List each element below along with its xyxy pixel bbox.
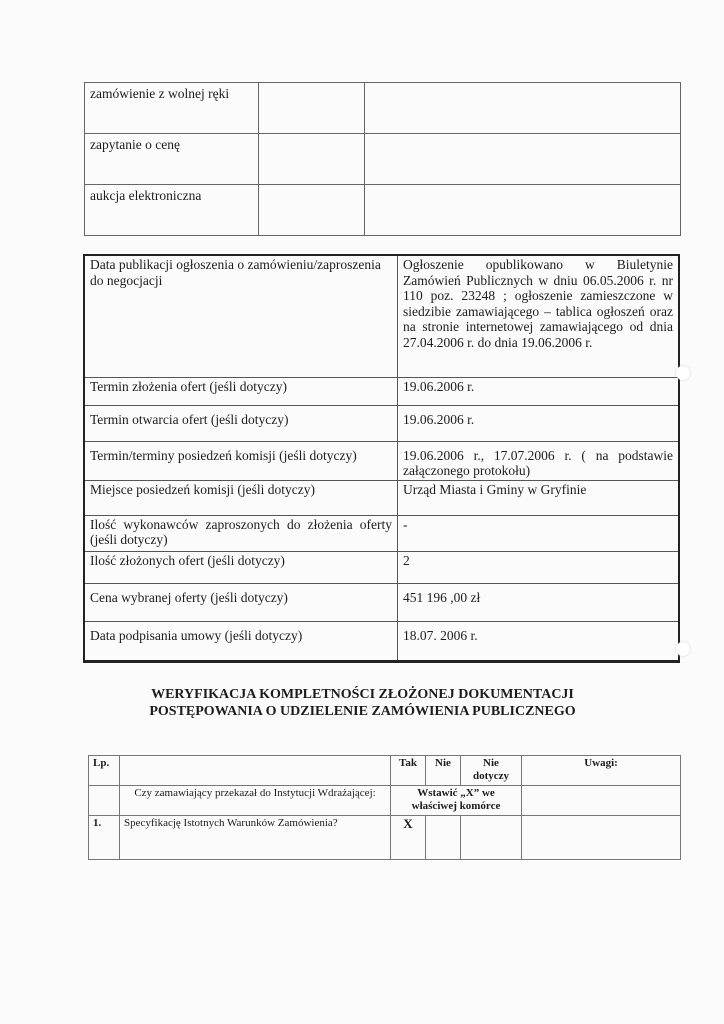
table-subheader-row: Czy zamawiający przekazał do Instytucji … xyxy=(89,786,681,816)
info-label: Termin/terminy posiedzeń komisji (jeśli … xyxy=(84,441,398,480)
procedure-type-cell xyxy=(259,134,365,185)
subheader-empty xyxy=(89,786,120,816)
row-nie-checkbox[interactable] xyxy=(426,816,461,860)
subheader-instruction: Wstawić „X” we właściwej komórce xyxy=(391,786,522,816)
info-label: Ilość złożonych ofert (jeśli dotyczy) xyxy=(84,551,398,583)
verification-table: Lp. Tak Nie Nie dotyczy Uwagi: Czy zamaw… xyxy=(88,755,681,860)
info-value: 451 196 ,00 zł xyxy=(398,583,680,621)
info-value: 19.06.2006 r., 17.07.2006 r. ( na podsta… xyxy=(398,441,680,480)
table-header-row: Lp. Tak Nie Nie dotyczy Uwagi: xyxy=(89,756,681,786)
table-row: zapytanie o cenę xyxy=(85,134,681,185)
procedure-type-table: zamówienie z wolnej ręki zapytanie o cen… xyxy=(84,82,681,236)
table-row: Ilość wykonawców zaproszonych do złożeni… xyxy=(84,515,679,551)
table-row: Termin złożenia ofert (jeśli dotyczy) 19… xyxy=(84,377,679,405)
table-row: Termin otwarcia ofert (jeśli dotyczy) 19… xyxy=(84,405,679,441)
procedure-type-cell xyxy=(365,83,681,134)
row-tak-checkbox[interactable]: X xyxy=(391,816,426,860)
subheader-question: Czy zamawiający przekazał do Instytucji … xyxy=(120,786,391,816)
info-value: 2 xyxy=(398,551,680,583)
table-row: Data publikacji ogłoszenia o zamówieniu/… xyxy=(84,255,679,377)
info-value: 18.07. 2006 r. xyxy=(398,621,680,661)
procedure-type-cell xyxy=(365,185,681,236)
subheader-uwagi-empty xyxy=(522,786,681,816)
info-label: Termin otwarcia ofert (jeśli dotyczy) xyxy=(84,405,398,441)
info-label: Ilość wykonawców zaproszonych do złożeni… xyxy=(84,515,398,551)
procedure-type-cell xyxy=(259,185,365,236)
table-row: Termin/terminy posiedzeń komisji (jeśli … xyxy=(84,441,679,480)
table-row: Data podpisania umowy (jeśli dotyczy) 18… xyxy=(84,621,679,661)
table-row: Ilość złożonych ofert (jeśli dotyczy) 2 xyxy=(84,551,679,583)
procedure-type-cell xyxy=(259,83,365,134)
info-value: Urząd Miasta i Gminy w Gryfinie xyxy=(398,480,680,515)
heading-line-1: WERYFIKACJA KOMPLETNOŚCI ZŁOŻONEJ DOKUME… xyxy=(100,686,625,703)
row-uwagi[interactable] xyxy=(522,816,681,860)
procedure-type-label: zapytanie o cenę xyxy=(85,134,259,185)
info-label: Miejsce posiedzeń komisji (jeśli dotyczy… xyxy=(84,480,398,515)
row-nie-dotyczy-checkbox[interactable] xyxy=(461,816,522,860)
table-row: Miejsce posiedzeń komisji (jeśli dotyczy… xyxy=(84,480,679,515)
header-nie: Nie xyxy=(426,756,461,786)
info-value: 19.06.2006 r. xyxy=(398,377,680,405)
info-value: - xyxy=(398,515,680,551)
table-row: Cena wybranej oferty (jeśli dotyczy) 451… xyxy=(84,583,679,621)
info-label: Data publikacji ogłoszenia o zamówieniu/… xyxy=(84,255,398,377)
punch-hole-mark xyxy=(676,642,690,656)
table-row: 1. Specyfikację Istotnych Warunków Zamów… xyxy=(89,816,681,860)
table-row: zamówienie z wolnej ręki xyxy=(85,83,681,134)
row-desc: Specyfikację Istotnych Warunków Zamówien… xyxy=(120,816,391,860)
header-tak: Tak xyxy=(391,756,426,786)
procedure-type-cell xyxy=(365,134,681,185)
procedure-type-label: aukcja elektroniczna xyxy=(85,185,259,236)
table-row: aukcja elektroniczna xyxy=(85,185,681,236)
header-lp: Lp. xyxy=(89,756,120,786)
procedure-type-label: zamówienie z wolnej ręki xyxy=(85,83,259,134)
info-label: Termin złożenia ofert (jeśli dotyczy) xyxy=(84,377,398,405)
header-nie-dotyczy: Nie dotyczy xyxy=(461,756,522,786)
info-value: Ogłoszenie opublikowano w Biuletynie Zam… xyxy=(398,255,680,377)
info-label: Data podpisania umowy (jeśli dotyczy) xyxy=(84,621,398,661)
heading-line-2: POSTĘPOWANIA O UDZIELENIE ZAMÓWIENIA PUB… xyxy=(100,703,625,720)
row-lp: 1. xyxy=(89,816,120,860)
procurement-info-table: Data publikacji ogłoszenia o zamówieniu/… xyxy=(83,254,680,663)
info-label: Cena wybranej oferty (jeśli dotyczy) xyxy=(84,583,398,621)
verification-heading: WERYFIKACJA KOMPLETNOŚCI ZŁOŻONEJ DOKUME… xyxy=(100,686,625,720)
header-desc xyxy=(120,756,391,786)
punch-hole-mark xyxy=(676,366,690,380)
header-uwagi: Uwagi: xyxy=(522,756,681,786)
info-value: 19.06.2006 r. xyxy=(398,405,680,441)
